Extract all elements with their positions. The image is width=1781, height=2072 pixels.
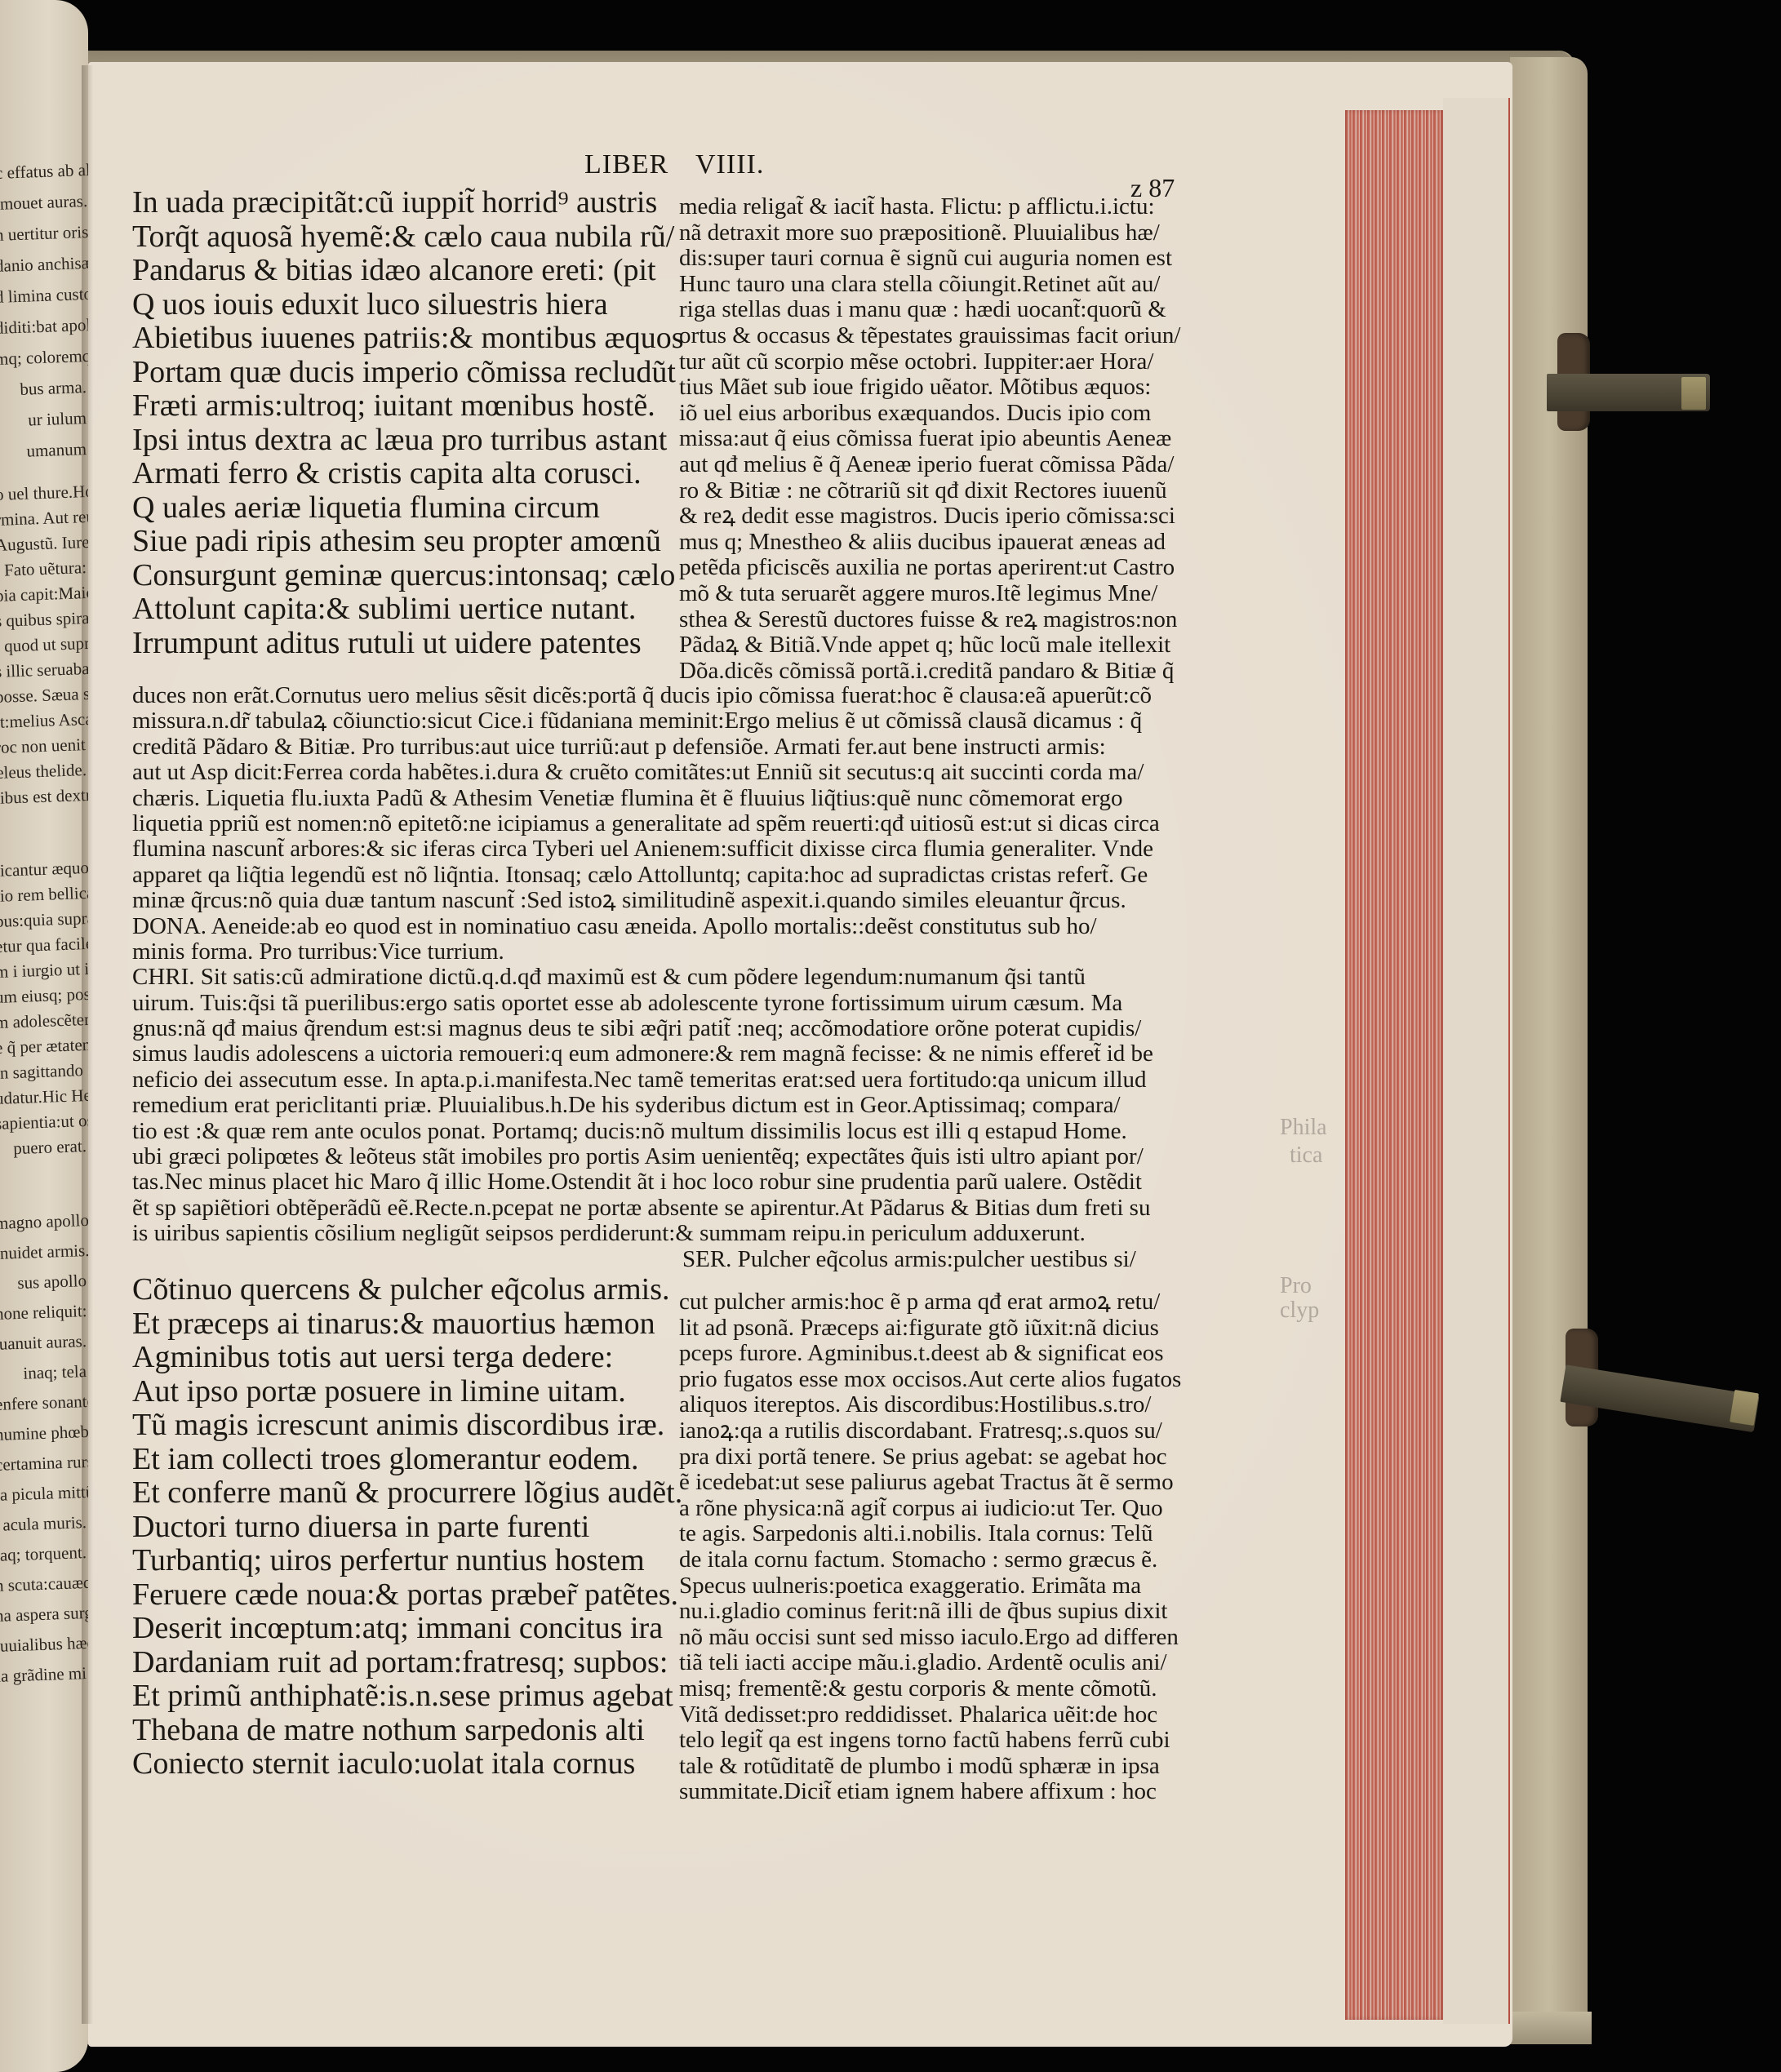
verse-column-top: In uada præcipitãt:cũ iuppit̃ horrid⁹ au…: [132, 186, 687, 660]
verso-text-fragment: ta picula mittũt.: [0, 1484, 87, 1504]
commentary-line: DONA. Aeneide:ab eo quod est in nominati…: [132, 914, 1230, 939]
verso-text-fragment: luuialibus hædi: [0, 1635, 87, 1655]
commentary-line: aut qđ melius ẽ q̃ Aeneæ iperio fuerat c…: [679, 452, 1230, 478]
verse-line: Q uales aeriæ liquetia flumina circum: [132, 491, 687, 526]
verse-line: Et iam collecti troes glomerantur eodem.: [132, 1443, 687, 1477]
verso-text-fragment: na aspera surgit:: [0, 1604, 87, 1625]
verso-text-fragment: rmina. Aut reue: [0, 508, 87, 529]
clasp-brass-tip-upper: [1681, 377, 1706, 410]
commentary-line: mus q; Mnestheo & aliis ducibus ipauerat…: [679, 530, 1230, 556]
commentary-line: Vitã dedisset:pro reddidisset. Phalarica…: [679, 1702, 1230, 1728]
commentary-line: simus laudis adolescens a uictoria remou…: [132, 1041, 1230, 1067]
verso-text-fragment: s illic seruabat: [0, 660, 87, 681]
commentary-line: prio fugatos esse mox occisos.Aut certe …: [679, 1367, 1230, 1393]
commentary-line: tale & rotũditatẽ de plumbo i modũ sphær…: [679, 1754, 1230, 1780]
verse-line: Agminibus totis aut uersi terga dedere:: [132, 1341, 687, 1375]
commentary-line: iõ uel eius arboribus exæquandos. Ducis …: [679, 401, 1230, 427]
verso-text-fragment: Augustũ. Iure:: [0, 534, 87, 554]
commentary-line: nu.i.gladio cominus ferit:nã illi de q̃b…: [679, 1599, 1230, 1625]
verse-line: Et conferre manũ & procurrere lõgius aud…: [132, 1476, 687, 1511]
commentary-line: remedium erat periclitanti priæ. Pluuial…: [132, 1093, 1230, 1118]
verso-text-fragment: uanuit auras.: [0, 1333, 87, 1353]
commentary-line: gnus:nã qđ maius q̃rendum est:si magnus …: [132, 1016, 1230, 1041]
verso-text-fragment: inaq; tela: [0, 1363, 87, 1383]
commentary-line: petẽda pficiscẽs auxilia ne portas aperi…: [679, 555, 1230, 581]
commentary-line: flumina nascunt̃ arbores:& sic iferas ci…: [132, 836, 1230, 862]
verso-text-fragment: eleus thelide.: [0, 761, 87, 782]
verso-text-fragment: d limina custos.: [0, 286, 87, 306]
verso-text-fragment: la grãdine mi: [0, 1665, 87, 1685]
verse-line: Aut ipso portæ posuere in limine uitam.: [132, 1375, 687, 1409]
commentary-line: aliquos itereptos. Ais discordibus:Hosti…: [679, 1392, 1230, 1418]
red-stained-page-edges: [1345, 110, 1443, 2020]
commentary-line: Pãdaꝝ & Bitiã.Vnde appet q; hũc locũ mal…: [679, 632, 1230, 659]
commentary-line: summitate.Dicit̃ etiam ignem habere affi…: [679, 1779, 1230, 1805]
commentary-line: Hunc tauro una clara stella cõiungit.Ret…: [679, 272, 1230, 298]
verse-line: Abietibus iuuenes patriis:& montibus æqu…: [132, 322, 687, 356]
commentary-line: sthea & Serestũ ductores fuisse & reꝝ ma…: [679, 607, 1230, 633]
verse-line: Armati ferro & cristis capita alta corus…: [132, 457, 687, 491]
verse-line: Et præceps ai tinarus:& mauortius hæmon: [132, 1307, 687, 1342]
verso-page-edge: c effatus ab altoimouet auras.n uertitur…: [0, 0, 88, 2072]
show-through-text: Phila: [1280, 1115, 1327, 1141]
verso-text-fragment: tio rem bellicam in: [0, 885, 87, 905]
commentary-line: ubi græci polipœtes & leõteus stãt imobi…: [132, 1144, 1230, 1169]
verso-text-fragment: enfere sonantem.: [0, 1393, 87, 1413]
commentary-line: duces non erãt.Cornutus uero melius sẽsi…: [132, 683, 1230, 708]
verso-text-fragment: e q̃ per ætatem: [0, 1036, 87, 1057]
verse-line: Thebana de matre nothum sarpedonis alti: [132, 1714, 687, 1748]
running-head-liber: LIBER: [584, 149, 668, 180]
show-through-text: tica: [1290, 1142, 1322, 1169]
commentary-line: ortus & occasus & tẽpestates grauissimas…: [679, 323, 1230, 349]
commentary-line: tas.Nec minus placet hic Maro q̃ illic H…: [132, 1169, 1230, 1195]
show-through-text: clyp: [1280, 1298, 1319, 1324]
commentary-line: pra dixi portã tenere. Se prius agebat: …: [679, 1444, 1230, 1471]
verse-line: Q uos iouis eduxit luco siluestris hiera: [132, 288, 687, 322]
commentary-line: te agis. Sarpedonis alti.i.nobilis. Ital…: [679, 1521, 1230, 1547]
commentary-line: uirum. Tuis:q̃si tã puerilibus:ergo sati…: [132, 991, 1230, 1016]
verse-line: Siue padi ripis athesim seu propter amœn…: [132, 525, 687, 559]
commentary-line: telo legit̃ qa est ingens torno factũ ha…: [679, 1728, 1230, 1754]
verso-text-fragment: udatur.Hic He: [0, 1087, 87, 1107]
commentary-line: ianoꝝ:qa a rutilis discordabant. Fratres…: [679, 1418, 1230, 1444]
verso-text-fragment: numine phœbi: [0, 1423, 87, 1444]
verso-text-fragment: . Fato uẽtura:: [0, 559, 87, 579]
clasp-brass-tip-lower: [1730, 1390, 1759, 1426]
verse-line: Attolunt capita:& sublimi uertice nutant…: [132, 592, 687, 627]
verso-text-fragment: licantur æquo:aiu: [0, 859, 87, 880]
verse-line: Fræti armis:ultroq; iuitant mœnibus host…: [132, 389, 687, 424]
commentary-line: SER. Pulcher eq̃colus armis:pulcher uest…: [132, 1247, 1230, 1272]
commentary-line: tiã teli iacti accipe mãu.i.gladio. Arde…: [679, 1650, 1230, 1676]
verso-text-fragment: in sagittando in: [0, 1062, 87, 1082]
commentary-line: dis:super tauri cornua ẽ signũ cui augur…: [679, 246, 1230, 272]
verso-text-fragment: n scuta:cauæq;: [0, 1574, 87, 1595]
verse-line: Irrumpunt aditus rutuli ut uidere patent…: [132, 627, 687, 661]
verso-text-fragment: bus arma.: [0, 379, 87, 399]
verso-text-fragment: etur qua facile uita: [0, 935, 87, 956]
page-edge-margin: [1443, 98, 1510, 2024]
commentary-line: nã detraxit more suo præpositionẽ. Pluui…: [679, 220, 1230, 246]
commentary-line: creditã Pãdaro & Bitiæ. Pro turribus:aut…: [132, 734, 1230, 760]
commentary-line: & reꝝ dedit esse magistros. Ducis iperio…: [679, 504, 1230, 530]
verso-text-fragment: m adolescẽtem: [0, 1011, 87, 1032]
verso-text-fragment: sapientia:ut ostẽ/: [0, 1112, 87, 1133]
verso-text-fragment: tibus est dextrum.: [0, 787, 87, 807]
verso-text-fragment: magno apollo: [0, 1212, 87, 1232]
commentary-line: chæris. Liquetia flu.iuxta Padũ & Athesi…: [132, 786, 1230, 811]
commentary-line: cut pulcher armis:hoc ẽ p arma qđ erat a…: [679, 1289, 1230, 1316]
verso-text-fragment: certamina rursus: [0, 1453, 87, 1474]
verse-line: Coniecto sternit iaculo:uolat itala corn…: [132, 1747, 687, 1781]
verso-text-fragment: mq; coloremq;: [0, 348, 87, 368]
verso-text-fragment: umanum: [0, 441, 87, 461]
verso-text-fragment: o uel thure.Hoc: [0, 483, 87, 504]
commentary-full-width: duces non erãt.Cornutus uero melius sẽsi…: [132, 683, 1230, 1272]
verso-text-fragment: m i iurgio ut ille fe: [0, 961, 87, 981]
commentary-line: a rõne physica:nã agit̃ corpus ai iudici…: [679, 1496, 1230, 1522]
verso-text-fragment: s quibus spira/: [0, 610, 87, 630]
commentary-line: de itala cornu factum. Stomacho : sermo …: [679, 1547, 1230, 1573]
commentary-line: minis forma. Pro turribus:Vice turrium.: [132, 939, 1230, 965]
verse-line: Cõtinuo quercens & pulcher eq̃colus armi…: [132, 1273, 687, 1307]
verse-line: Consurgunt geminæ quercus:intonsaq; cælo: [132, 559, 687, 593]
commentary-line: CHRI. Sit satis:cũ admiratione dictũ.q.d…: [132, 965, 1230, 990]
running-head-book-number: VIIII.: [695, 149, 764, 180]
commentary-line: lit ad psonã. Præceps ai:figurate gtõ iũ…: [679, 1316, 1230, 1342]
verse-line: Torq̃t aquosã hyemẽ:& cælo caua nubila r…: [132, 220, 687, 255]
commentary-line: missa:aut q̃ eius cõmissa fuerat ipio ab…: [679, 426, 1230, 452]
verso-text-fragment: sus apollo: [0, 1272, 87, 1293]
commentary-line: media religat̃ & iacit̃ hasta. Flictu: p…: [679, 194, 1230, 220]
commentary-column-bottom: cut pulcher armis:hoc ẽ p arma qđ erat a…: [679, 1289, 1230, 1805]
verse-line: Ductori turno diuersa in parte furenti: [132, 1511, 687, 1545]
verso-text-fragment: hone reliquit:: [0, 1302, 87, 1323]
verso-text-fragment: inuidet armis.: [0, 1242, 87, 1262]
verso-text-fragment: acula muris.: [0, 1514, 87, 1534]
commentary-line: neficio dei assecutum esse. In apta.p.i.…: [132, 1067, 1230, 1093]
verse-line: Et primũ anthiphatẽ:is.n.sese primus age…: [132, 1679, 687, 1714]
verso-text-fragment: um eiusq; poste/: [0, 986, 87, 1006]
verso-text-fragment: taq; torquent.: [0, 1544, 87, 1564]
commentary-line: ẽt sp sapiẽtiori obtẽperãdũ eẽ.Recte.n.p…: [132, 1196, 1230, 1221]
verso-text-fragment: it:melius Asca/: [0, 711, 87, 731]
commentary-line: liquetia ppriũ est nomen:nõ epitetõ:ne i…: [132, 811, 1230, 836]
show-through-text: Pro: [1280, 1273, 1312, 1299]
verse-line: Deserit incœptum:atq; immani concitus ir…: [132, 1612, 687, 1646]
commentary-line: is uiribus sapientis cõsilium negligũt s…: [132, 1221, 1230, 1246]
verso-text-fragment: roc non uenit ab: [0, 736, 87, 756]
commentary-line: ẽ icedebat:ut sese paliurus agebat Tract…: [679, 1470, 1230, 1496]
commentary-line: nõ mãu occisi sunt sed misso iaculo.Ergo…: [679, 1625, 1230, 1651]
commentary-line: Specus uulneris:poetica exaggeratio. Eri…: [679, 1573, 1230, 1599]
commentary-line: ro & Bitiæ : ne cõtrariũ sit qđ dixit Re…: [679, 478, 1230, 504]
commentary-line: pceps furore. Agminibus.t.deest ab & sig…: [679, 1341, 1230, 1367]
verso-text-fragment: t quod ut supra: [0, 635, 87, 655]
commentary-column-top: media religat̃ & iacit̃ hasta. Flictu: p…: [679, 194, 1230, 684]
commentary-line: tio est :& quæ rem ante oculos ponat. Po…: [132, 1119, 1230, 1144]
verso-text-fragment: puero erat.: [0, 1138, 87, 1158]
commentary-line: misq; frementẽ:& gestu corporis & mente …: [679, 1676, 1230, 1702]
commentary-line: riga stellas duas i manu quæ : hædi uoca…: [679, 297, 1230, 323]
gutter-shadow: [82, 65, 93, 2024]
commentary-line: mõ & tuta seruarẽt aggere muros.Itẽ legi…: [679, 581, 1230, 607]
commentary-line: tur aũt cũ scorpio mẽse octobri. Iuppite…: [679, 349, 1230, 375]
verso-text-fragment: imouet auras.: [0, 193, 87, 213]
verse-line: Tũ magis icrescunt animis discordibus ir…: [132, 1409, 687, 1443]
verso-text-fragment: c effatus ab alto: [0, 162, 87, 182]
verse-line: Feruere cæde noua:& portas præber̃ patẽt…: [132, 1578, 687, 1613]
verse-line: Ipsi intus dextra ac læua pro turribus a…: [132, 424, 687, 458]
commentary-line: Dõa.dicẽs cõmissã portã.i.creditã pandar…: [679, 659, 1230, 685]
verse-line: In uada præcipitãt:cũ iuppit̃ horrid⁹ au…: [132, 186, 687, 220]
verso-text-fragment: pia capit:Maio/: [0, 584, 87, 605]
commentary-line: tius Mãet sub ioue frigido uẽator. Mõtib…: [679, 375, 1230, 401]
verso-text-fragment: bus:quia supra me: [0, 910, 87, 930]
verse-line: Portam quæ ducis imperio cõmissa recludũ…: [132, 356, 687, 390]
verse-line: Dardaniam ruit ad portam:fratresq; supbo…: [132, 1646, 687, 1680]
verse-line: Turbantiq; uiros perfertur nuntius hoste…: [132, 1544, 687, 1578]
verso-text-fragment: n uertitur oris: [0, 224, 87, 244]
verso-text-fragment: danio anchisæ: [0, 255, 87, 275]
verso-text-fragment: ur iulum: [0, 410, 87, 430]
commentary-line: missura.n.dr̃ tabulaꝝ cõiunctio:sicut Ci…: [132, 708, 1230, 734]
verse-line: Pandarus & bitias idæo alcanore ereti: (…: [132, 254, 687, 288]
verso-text-fragment: posse. Sæua so/: [0, 685, 87, 706]
commentary-line: minæ q̃rcus:nõ quia duæ tantum nascunt̃ …: [132, 888, 1230, 913]
verso-text-fragment: diditi:bat apollo: [0, 317, 87, 337]
commentary-line: apparet qa liq̃tia legendũ est nõ liq̃nt…: [132, 863, 1230, 888]
verse-column-bottom: Cõtinuo quercens & pulcher eq̃colus armi…: [132, 1273, 687, 1781]
commentary-line: aut ut Asp dicit:Ferrea corda habẽtes.i.…: [132, 760, 1230, 785]
